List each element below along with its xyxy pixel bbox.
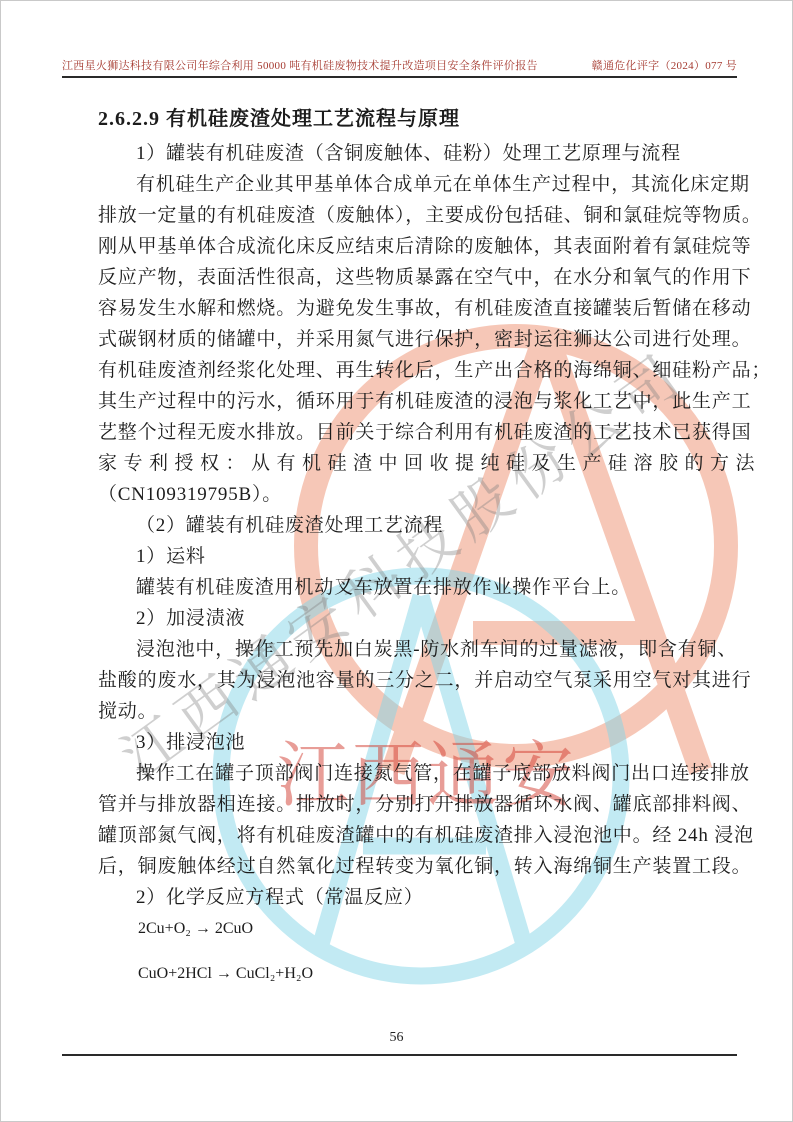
document-body: 2.6.2.9 有机硅废渣处理工艺流程与原理1）罐装有机硅废渣（含铜废触体、硅粉… bbox=[98, 101, 714, 989]
body-line: 艺整个过程无废水排放。目前关于综合利用有机硅废渣的工艺技术已获得国 bbox=[98, 417, 714, 448]
body-line: 2Cu+O₂ → 2CuO bbox=[98, 913, 714, 944]
body-line: 操作工在罐子顶部阀门连接氮气管，在罐子底部放料阀门出口连接排放 bbox=[98, 758, 714, 789]
body-line: 反应产物，表面活性很高，这些物质暴露在空气中，在水分和氧气的作用下 bbox=[98, 262, 714, 293]
body-line: 罐顶部氮气阀，将有机硅废渣罐中的有机硅废渣排入浸泡池中。经 24h 浸泡 bbox=[98, 820, 714, 851]
page-header: 江西星火狮达科技有限公司年综合利用 50000 吨有机硅废物技术提升改造项目安全… bbox=[62, 57, 737, 78]
body-line: 浸泡池中，操作工预先加白炭黑-防水剂车间的过量滤液，即含有铜、 bbox=[98, 634, 714, 665]
body-line: CuO+2HCl → CuCl₂+H₂O bbox=[98, 958, 714, 989]
body-line: （CN109319795B）。 bbox=[98, 479, 714, 510]
body-line: 2.6.2.9 有机硅废渣处理工艺流程与原理 bbox=[98, 101, 714, 138]
body-line: （2）罐装有机硅废渣处理工艺流程 bbox=[98, 510, 714, 541]
header-report-title: 江西星火狮达科技有限公司年综合利用 50000 吨有机硅废物技术提升改造项目安全… bbox=[62, 57, 538, 73]
body-line: 有机硅废渣剂经浆化处理、再生转化后，生产出合格的海绵铜、细硅粉产品； bbox=[98, 355, 714, 386]
body-line: 2）加浸渍液 bbox=[98, 603, 714, 634]
body-line: 1）罐装有机硅废渣（含铜废触体、硅粉）处理工艺原理与流程 bbox=[98, 138, 714, 169]
body-line: 盐酸的废水，其为浸泡池容量的三分之二，并启动空气泵采用空气对其进行 bbox=[98, 665, 714, 696]
body-line: 后，铜废触体经过自然氧化过程转变为氧化铜，转入海绵铜生产装置工段。 bbox=[98, 851, 714, 882]
footer-rule bbox=[62, 1054, 737, 1056]
body-line: 容易发生水解和燃烧。为避免发生事故，有机硅废渣直接罐装后暂储在移动 bbox=[98, 293, 714, 324]
body-line: 3）排浸泡池 bbox=[98, 727, 714, 758]
body-line: 罐装有机硅废渣用机动叉车放置在排放作业操作平台上。 bbox=[98, 572, 714, 603]
body-line: 式碳钢材质的储罐中，并采用氮气进行保护，密封运往狮达公司进行处理。 bbox=[98, 324, 714, 355]
header-document-number: 赣通危化评字（2024）077 号 bbox=[592, 57, 737, 73]
body-line: 搅动。 bbox=[98, 696, 714, 727]
body-line: 刚从甲基单体合成流化床反应结束后清除的废触体，其表面附着有氯硅烷等 bbox=[98, 231, 714, 262]
body-line: 管并与排放器相连接。排放时，分别打开排放器循环水阀、罐底部排料阀、 bbox=[98, 789, 714, 820]
body-line: 排放一定量的有机硅废渣（废触体），主要成份包括硅、铜和氯硅烷等物质。 bbox=[98, 200, 714, 231]
page-number: 56 bbox=[1, 1030, 792, 1046]
body-line: 其生产过程中的污水，循环用于有机硅废渣的浸泡与浆化工艺中，此生产工 bbox=[98, 386, 714, 417]
document-page: 江西通安科技股份公司 江西通安 江西星火狮达科技有限公司年综合利用 50000 … bbox=[0, 0, 793, 1122]
body-line: 2）化学反应方程式（常温反应） bbox=[98, 882, 714, 913]
body-line: 1）运料 bbox=[98, 541, 714, 572]
body-line: 家专利授权：从有机硅渣中回收提纯硅及生产硅溶胶的方法 bbox=[98, 448, 714, 479]
body-line: 有机硅生产企业其甲基单体合成单元在单体生产过程中，其流化床定期 bbox=[98, 169, 714, 200]
